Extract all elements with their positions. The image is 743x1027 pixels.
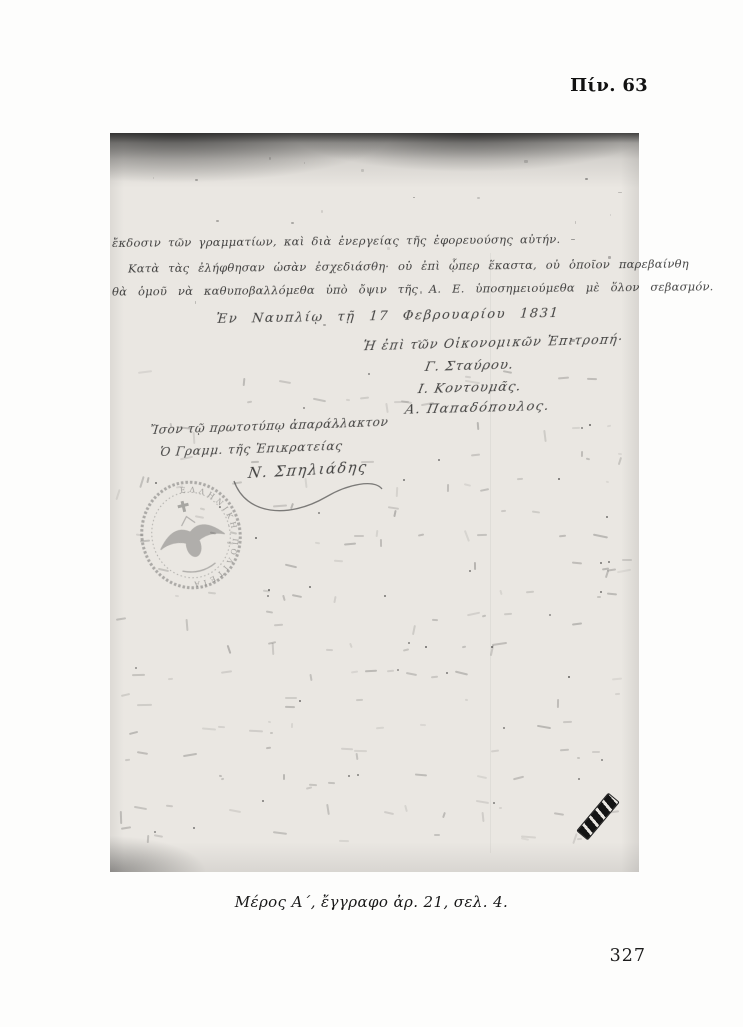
speck	[195, 301, 196, 303]
speck	[499, 590, 502, 595]
speck	[403, 649, 409, 652]
speck	[351, 671, 358, 674]
speck	[327, 782, 334, 784]
speck	[608, 561, 610, 563]
speck	[477, 197, 481, 199]
speck	[356, 699, 363, 701]
speck	[543, 430, 546, 442]
speck	[537, 725, 551, 729]
plate-label: Πίν. 63	[570, 75, 648, 96]
speck	[580, 451, 582, 457]
speck	[310, 674, 313, 681]
speck	[420, 724, 426, 726]
speck	[581, 427, 583, 429]
speck	[563, 721, 572, 723]
speck	[251, 461, 259, 463]
speck	[357, 774, 359, 776]
speck	[405, 805, 408, 812]
speck	[344, 543, 357, 546]
speck	[513, 775, 524, 779]
speck	[304, 478, 307, 488]
speck	[266, 747, 271, 749]
speck	[116, 618, 126, 621]
speck	[128, 731, 137, 735]
handwriting-date-line: Ἐν Ναυπλίῳ τῇ 17 Φεβρουαρίου 1831	[215, 306, 560, 327]
speck	[299, 700, 301, 702]
speck	[492, 642, 507, 646]
speck	[266, 611, 273, 614]
speck	[432, 619, 438, 621]
speck	[493, 802, 495, 804]
speck	[285, 696, 297, 698]
speck	[138, 370, 152, 373]
speck	[291, 723, 293, 728]
speck	[255, 537, 257, 539]
speck	[465, 699, 468, 701]
speck	[600, 591, 602, 593]
speck	[268, 720, 271, 722]
speck	[397, 669, 399, 671]
handwriting-body-line-2: Κατὰ τὰς ἐλήφθησαν ὡσὰν ἐσχεδιάσθη· οὐ ἐ…	[128, 257, 689, 276]
signature-flourish	[228, 475, 388, 521]
speck	[195, 179, 198, 181]
speck	[593, 533, 608, 537]
handwriting-committee-heading: Ἡ ἐπὶ τῶν Οἰκονομικῶν Ἐπιτροπή·	[362, 332, 624, 354]
speck	[285, 563, 297, 567]
speck	[229, 809, 241, 813]
speck	[387, 669, 394, 671]
speck	[218, 725, 225, 727]
speck	[133, 806, 146, 810]
speck	[465, 375, 471, 377]
speck	[560, 749, 569, 751]
speck	[185, 619, 187, 631]
speck	[270, 732, 273, 734]
speck	[608, 256, 611, 259]
speck	[466, 612, 479, 616]
speck	[568, 676, 570, 678]
speck	[303, 407, 305, 409]
speck	[321, 210, 322, 213]
speck	[446, 672, 448, 674]
speck	[431, 676, 438, 678]
speck	[617, 568, 631, 572]
speck	[166, 805, 173, 807]
speck	[346, 399, 350, 401]
speck	[360, 397, 369, 399]
speck	[471, 453, 480, 455]
speck	[464, 483, 471, 486]
seal-cross-icon	[177, 500, 190, 513]
speck	[263, 590, 270, 592]
speck	[554, 812, 564, 815]
speck	[384, 595, 386, 597]
speck	[137, 751, 148, 754]
speck	[413, 197, 414, 198]
speck	[139, 476, 144, 488]
speck	[221, 777, 224, 779]
speck	[169, 423, 171, 428]
speck	[283, 774, 285, 780]
speck	[504, 613, 512, 615]
speck	[376, 530, 378, 537]
speck	[137, 704, 152, 706]
speck	[585, 178, 588, 179]
speck	[291, 222, 293, 224]
speck	[136, 533, 143, 535]
speck	[146, 834, 148, 842]
speck	[571, 239, 574, 240]
handwriting-signature-2: Ι. Κοντουμᾶς.	[417, 380, 523, 398]
speck	[384, 811, 394, 815]
speck	[610, 214, 612, 216]
speck	[589, 424, 591, 426]
speck	[334, 596, 337, 603]
speck	[572, 622, 582, 625]
speck	[462, 646, 466, 648]
speck	[387, 247, 390, 249]
speck	[618, 192, 622, 194]
speck	[559, 535, 567, 537]
speck	[183, 753, 197, 757]
speck	[380, 539, 382, 547]
speck	[418, 340, 421, 342]
speck	[262, 800, 264, 802]
speck	[418, 533, 425, 536]
striped-marker	[576, 793, 620, 841]
speck	[476, 534, 486, 536]
speck	[132, 674, 145, 676]
handwriting-body-line-1: ἔκδοσιν τῶν γραμματίων, καὶ διὰ ἐνεργεία…	[112, 232, 561, 250]
speck	[572, 562, 582, 564]
speck	[121, 826, 131, 829]
speck	[348, 775, 350, 777]
speck	[491, 646, 493, 648]
speck	[455, 670, 468, 674]
speck	[406, 672, 417, 676]
speck	[282, 595, 285, 602]
speck	[438, 459, 440, 461]
speck	[260, 290, 262, 292]
speck	[167, 678, 172, 680]
speck	[309, 784, 318, 786]
speck	[219, 775, 223, 777]
speck	[464, 530, 470, 542]
speck	[615, 693, 620, 695]
speck	[219, 506, 221, 508]
speck	[116, 489, 121, 500]
speck	[516, 477, 522, 479]
speck	[318, 512, 320, 514]
speck	[267, 641, 275, 644]
speck	[273, 831, 287, 834]
speck	[119, 811, 121, 824]
handwriting-body-line-3: θὰ ὁμοῦ νὰ καθυποβαλλόμεθα ὑπὸ ὄψιν τῆς …	[112, 279, 714, 298]
speck	[587, 378, 597, 380]
speck	[221, 670, 233, 673]
speck	[394, 510, 397, 517]
speck	[600, 562, 602, 564]
book-page: { "page": { "plate_label": "Πίν. 63", "c…	[0, 0, 743, 1027]
speck	[607, 593, 617, 595]
speck	[604, 570, 608, 578]
speck	[558, 376, 569, 378]
speck	[434, 834, 440, 836]
speck	[575, 221, 577, 223]
speck	[326, 648, 333, 650]
speck	[606, 516, 608, 518]
speck	[202, 728, 216, 731]
speck	[503, 727, 505, 729]
speck	[592, 751, 600, 753]
speck	[269, 157, 271, 160]
speck	[403, 479, 405, 481]
speck	[477, 422, 479, 430]
speck	[618, 453, 622, 455]
speck	[154, 831, 156, 833]
speck	[385, 403, 388, 413]
speck	[365, 670, 377, 672]
speck	[558, 478, 560, 480]
speck	[274, 624, 283, 626]
speck	[227, 645, 231, 654]
speck	[125, 759, 130, 761]
speck	[243, 378, 245, 386]
speck	[146, 477, 149, 483]
speck	[597, 595, 601, 597]
speck	[121, 693, 130, 696]
speck	[309, 586, 311, 588]
speck	[606, 481, 610, 483]
speck	[323, 324, 326, 326]
speck	[476, 799, 489, 803]
figure-caption: Μέρος Α΄, ἔγγραφο ἀρ. 21, σελ. 4.	[0, 893, 743, 911]
speck	[354, 750, 367, 752]
speck	[339, 840, 349, 842]
speck	[267, 595, 269, 597]
speck	[135, 667, 137, 669]
speck	[601, 759, 603, 761]
speck	[208, 591, 216, 593]
speck	[376, 727, 384, 729]
speck	[577, 838, 582, 840]
speck	[285, 705, 295, 707]
speck	[408, 642, 410, 644]
speck	[304, 162, 305, 164]
speck	[482, 812, 484, 822]
speck	[571, 339, 575, 342]
speck	[621, 559, 631, 561]
speck	[279, 380, 291, 384]
handwriting-signature-1: Γ. Σταύρου.	[424, 358, 516, 375]
speck	[153, 177, 154, 179]
speck	[572, 427, 580, 429]
speck	[480, 488, 489, 491]
speck	[469, 570, 471, 572]
speck	[526, 591, 534, 593]
speck	[249, 729, 263, 731]
speck	[315, 542, 320, 544]
speck	[247, 400, 252, 402]
speck	[586, 457, 590, 459]
speck	[355, 753, 357, 760]
speck	[491, 749, 499, 752]
speck	[361, 169, 364, 172]
speck	[549, 614, 551, 616]
speck	[272, 643, 274, 656]
speck	[477, 775, 487, 779]
speck	[425, 646, 427, 648]
speck	[193, 827, 195, 829]
speck	[474, 562, 476, 570]
page-number: 327	[610, 946, 646, 966]
speck	[607, 424, 611, 426]
speck	[395, 487, 397, 497]
speck	[337, 425, 339, 427]
handwriting-certification-line-1: Ἴσον τῷ πρωτοτύπῳ ἀπαράλλακτον	[149, 415, 389, 437]
speck	[442, 812, 445, 818]
speck	[313, 398, 326, 402]
speck	[447, 484, 449, 492]
speck	[334, 560, 343, 562]
speck	[521, 837, 529, 840]
speck	[388, 506, 399, 509]
speck	[532, 511, 540, 514]
speck	[326, 803, 329, 814]
speck	[154, 834, 163, 837]
speck	[501, 510, 506, 512]
speck	[292, 594, 302, 597]
speck	[368, 373, 370, 375]
speck	[341, 747, 353, 749]
speck	[412, 625, 415, 635]
speck	[306, 786, 312, 789]
speck	[415, 774, 427, 777]
speck	[524, 160, 528, 163]
speck	[612, 677, 622, 679]
speck	[498, 807, 501, 809]
speck	[578, 778, 580, 780]
speck	[577, 757, 580, 759]
speck	[349, 643, 352, 649]
speck	[216, 220, 219, 222]
speck	[557, 699, 559, 708]
handwriting-signature-3: Α. Παπαδόπουλος.	[404, 399, 552, 418]
speck	[481, 615, 485, 617]
speck	[618, 457, 622, 465]
speck	[354, 535, 364, 537]
document-photo: ἔκδοσιν τῶν γραμματίων, καὶ διὰ ἐνεργεία…	[110, 133, 639, 872]
speck	[155, 482, 157, 484]
